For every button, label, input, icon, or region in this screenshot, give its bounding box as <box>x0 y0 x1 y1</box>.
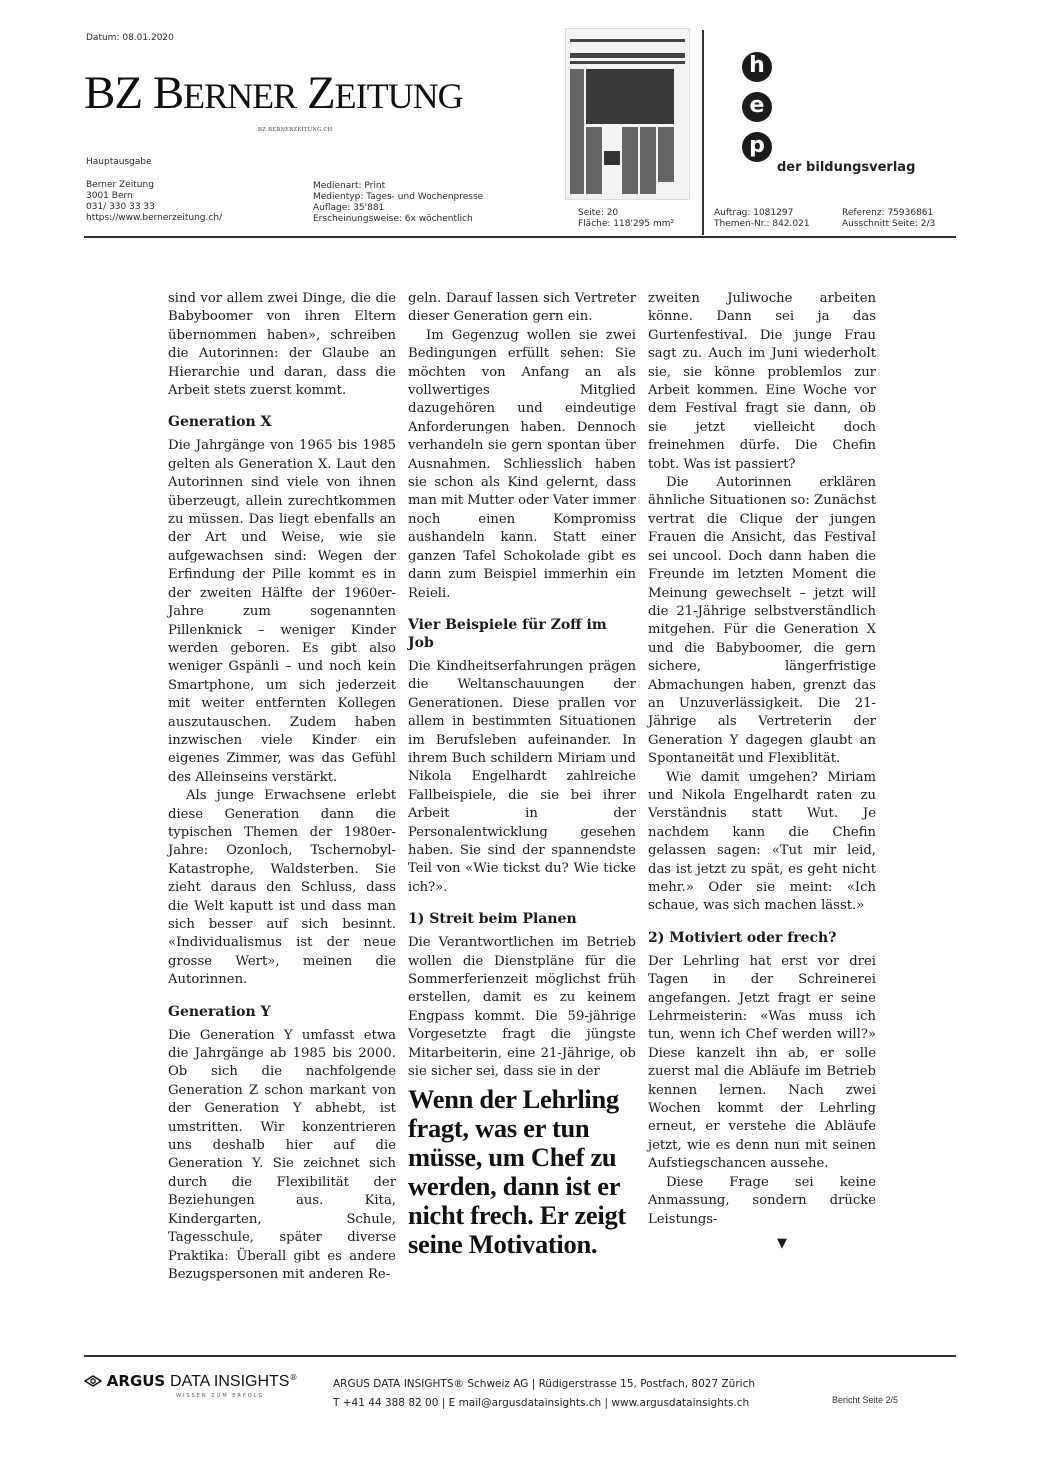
paragraph: Die Jahrgänge von 1965 bis 1985 gelten a… <box>168 437 396 787</box>
paragraph: Die Generation Y umfasst etwa die Jahrgä… <box>168 1027 396 1285</box>
masthead-erner: ERNER <box>183 76 296 116</box>
thumb-subtitle-bar <box>570 61 685 64</box>
paragraph: Die Kindheitserfahrungen prägen die Welt… <box>408 658 636 897</box>
reference-number: Referenz: 75936861 <box>842 208 935 219</box>
argus-logo-thin: DATA INSIGHTS <box>170 1373 289 1390</box>
subheading-streit-beim-planen: 1) Streit beim Planen <box>408 910 636 928</box>
hep-letter-e: e <box>742 92 772 122</box>
paragraph: zweiten Juliwoche arbeiten könne. Dann s… <box>648 290 876 474</box>
paragraph: geln. Darauf lassen sich Vertreter diese… <box>408 290 636 327</box>
publisher-name: Berner Zeitung <box>86 180 222 191</box>
newspaper-masthead: BZ BERNER ZEITUNG <box>84 68 463 121</box>
article-column-1: sind vor allem zwei Dinge, die die Babyb… <box>168 290 396 1284</box>
publisher-info: Berner Zeitung 3001 Bern 031/ 330 33 33 … <box>86 180 222 224</box>
pull-quote: Wenn der Lehrling fragt, was er tun müss… <box>408 1085 636 1259</box>
header-divider <box>702 30 704 235</box>
paragraph: Im Gegenzug wollen sie zwei Bedingungen … <box>408 327 636 603</box>
edition-label: Hauptausgabe <box>86 157 152 168</box>
subheading-generation-y: Generation Y <box>168 1003 396 1021</box>
thumb-quote-box <box>604 151 620 165</box>
page-number: Seite: 20 <box>578 208 674 219</box>
media-art: Medienart: Print <box>313 181 483 192</box>
media-erscheinung: Erscheinungsweise: 6x wöchentlich <box>313 214 483 225</box>
thumb-title-bar <box>570 53 685 58</box>
registered-mark: ® <box>289 1373 297 1382</box>
publisher-phone: 031/ 330 33 33 <box>86 202 222 213</box>
argus-logo: ARGUS DATA INSIGHTS® <box>84 1372 297 1391</box>
paragraph: sind vor allem zwei Dinge, die die Babyb… <box>168 290 396 400</box>
hep-letter-p: p <box>742 132 772 162</box>
argus-tagline: WISSEN ZUM ERFOLG <box>176 1393 264 1399</box>
subheading-motiviert-oder-frech: 2) Motiviert oder frech? <box>648 929 876 947</box>
area-size: Fläche: 118'295 mm² <box>578 219 674 230</box>
masthead-eitung: EITUNG <box>335 76 463 116</box>
thumb-column <box>658 127 674 182</box>
contact-line[interactable]: T +41 44 388 82 00 | E mail@argusdatains… <box>333 1394 755 1413</box>
argus-logo-bold: ARGUS <box>107 1372 165 1390</box>
topic-number: Themen-Nr.: 842.021 <box>714 219 810 230</box>
footer-rule <box>84 1355 956 1357</box>
company-address: ARGUS DATA INSIGHTS® Schweiz AG | Rüdige… <box>333 1375 755 1394</box>
masthead-z: Z <box>307 67 335 119</box>
media-info: Medienart: Print Medientyp: Tages- und W… <box>313 181 483 225</box>
masthead-b: B <box>153 67 183 119</box>
order-info: Auftrag: 1081297 Themen-Nr.: 842.021 <box>714 208 810 230</box>
order-number: Auftrag: 1081297 <box>714 208 810 219</box>
paragraph: Als junge Erwachsene erlebt diese Genera… <box>168 787 396 989</box>
masthead-subtitle: BZ BERNERZEITUNG.CH <box>258 127 332 133</box>
hep-logo: h e p <box>742 52 772 172</box>
report-page-number: Bericht Seite 2/5 <box>832 1395 898 1405</box>
paragraph: Die Verantwortlichen im Betrieb wollen d… <box>408 934 636 1081</box>
media-auflage: Auflage: 35'881 <box>313 203 483 214</box>
publisher-city: 3001 Bern <box>86 191 222 202</box>
media-typ: Medientyp: Tages- und Wochenpresse <box>313 192 483 203</box>
subheading-generation-x: Generation X <box>168 413 396 431</box>
subheading-vier-beispiele: Vier Beispiele für Zoff im Job <box>408 616 636 652</box>
reference-info: Referenz: 75936861 Ausschnitt Seite: 2/3 <box>842 208 935 230</box>
article-column-2: geln. Darauf lassen sich Vertreter diese… <box>408 290 636 1259</box>
publisher-url[interactable]: https://www.bernerzeitung.ch/ <box>86 213 222 224</box>
paragraph: Der Lehrling hat erst vor drei Tagen in … <box>648 953 876 1174</box>
masthead-bz: BZ <box>84 67 142 119</box>
argus-contact: ARGUS DATA INSIGHTS® Schweiz AG | Rüdige… <box>333 1375 755 1413</box>
paragraph: Diese Frage sei keine Anmassung, sondern… <box>648 1174 876 1229</box>
eye-icon <box>84 1375 102 1387</box>
paragraph: Wie damit umgehen? Miriam und Nikola Eng… <box>648 769 876 916</box>
thumb-column <box>570 69 584 194</box>
hep-tagline: der bildungsverlag <box>777 160 915 175</box>
thumbnail-info: Seite: 20 Fläche: 118'295 mm² <box>578 208 674 230</box>
paragraph: Die Autorinnen erklären ähnliche Situati… <box>648 474 876 769</box>
continue-arrow-icon: ▼ <box>648 1235 876 1253</box>
page-thumbnail <box>565 28 690 200</box>
thumb-column <box>622 127 638 194</box>
hep-letter-h: h <box>742 52 772 82</box>
thumb-photo <box>586 69 674 124</box>
thumb-header-line <box>570 39 685 42</box>
clip-page: Ausschnitt Seite: 2/3 <box>842 219 935 230</box>
header-rule <box>84 236 956 238</box>
article-column-3: zweiten Juliwoche arbeiten könne. Dann s… <box>648 290 876 1253</box>
clip-date: Datum: 08.01.2020 <box>86 33 174 44</box>
thumb-column <box>586 127 602 194</box>
thumb-column <box>640 127 656 194</box>
